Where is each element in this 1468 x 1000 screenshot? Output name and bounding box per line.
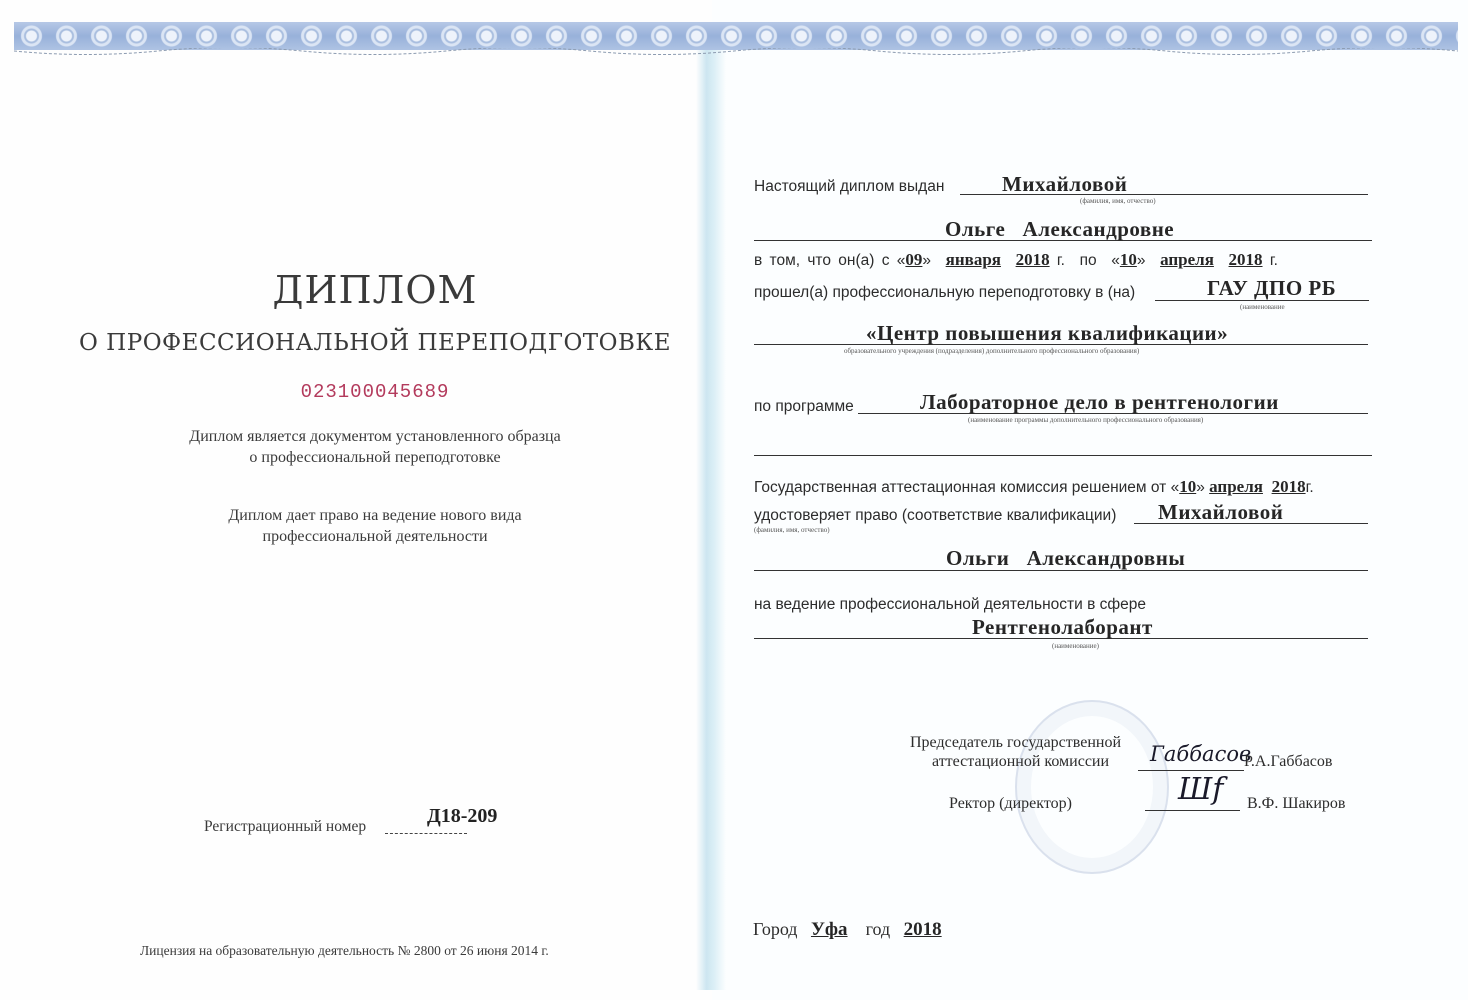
paragraph-status-line2: о профессиональной переподготовке <box>0 447 750 468</box>
registration-label: Регистрационный номер <box>204 818 366 836</box>
city-value: Уфа <box>811 919 848 940</box>
paragraph-rights-line1: Диплом дает право на ведение нового вида <box>0 505 750 526</box>
rector-label: Ректор (директор) <box>949 795 1072 813</box>
chair-label-line2: аттестационной комиссии <box>932 753 1109 771</box>
commission-line: Государственная аттестационная комиссия … <box>754 477 1314 497</box>
paragraph-rights-line2: профессиональной деятельности <box>0 526 750 547</box>
official-stamp <box>1015 700 1169 874</box>
qualification: Рентгенолаборант <box>972 615 1153 640</box>
period-from-day: 09 <box>905 250 922 269</box>
caption-fio: (фамилия, имя, отчество) <box>1080 197 1156 205</box>
commission-day: 10 <box>1179 477 1196 496</box>
caption-qualification: (наименование) <box>1052 642 1099 650</box>
rector-signature: Шf <box>1178 772 1223 807</box>
rector-signature-line <box>1145 810 1240 811</box>
period-line: в том, что он(а) с «09» января 2018 г. п… <box>754 250 1278 270</box>
decorative-border-band <box>14 22 1458 50</box>
chair-name: Р.А.Габбасов <box>1244 753 1332 771</box>
commission-month: апреля <box>1209 477 1263 496</box>
surname-dative: Михайловой <box>1002 172 1127 197</box>
passed-label: прошел(а) профессиональную переподготовк… <box>754 284 1135 302</box>
institution-full: «Центр повышения квалификации» <box>866 321 1228 346</box>
caption-fio2: (фамилия, имя, отчество) <box>754 526 830 534</box>
serial-number: 023100045689 <box>0 381 750 403</box>
period-to-g: г. <box>1270 252 1278 269</box>
chair-signature-line <box>1138 770 1244 771</box>
commission-year: 2018 <box>1272 477 1306 496</box>
name-dative: Ольге Александровне <box>945 217 1174 242</box>
city-line: Город Уфа год 2018 <box>753 919 942 941</box>
name-genitive: Ольги Александровны <box>946 546 1185 571</box>
period-to-month: апреля <box>1160 250 1214 269</box>
paragraph-status-line1: Диплом является документом установленног… <box>0 426 750 447</box>
period-prefix: в том, что он(а) с <box>754 252 889 269</box>
decorative-wave-line <box>14 48 1458 58</box>
institution-short: ГАУ ДПО РБ <box>1207 276 1336 301</box>
period-from-g: г. <box>1057 252 1065 269</box>
diploma-subtitle: О ПРОФЕССИОНАЛЬНОЙ ПЕРЕПОДГОТОВКЕ <box>0 330 750 356</box>
program-label: по программе <box>754 398 854 416</box>
registration-line <box>385 833 467 834</box>
year-label: год <box>866 919 891 939</box>
registration-number: Д18-209 <box>427 805 497 828</box>
surname-genitive: Михайловой <box>1158 500 1283 525</box>
field-label: на ведение профессиональной деятельности… <box>754 596 1146 614</box>
license-text: Лицензия на образовательную деятельность… <box>140 943 549 959</box>
chair-label-line1: Председатель государственной <box>910 734 1121 752</box>
chair-signature: Габбасов <box>1150 742 1251 766</box>
program-name: Лабораторное дело в рентгенологии <box>920 390 1279 415</box>
issued-label: Настоящий диплом выдан <box>754 178 944 196</box>
caption-name: (наименование <box>1240 303 1285 311</box>
year-value: 2018 <box>904 919 942 940</box>
caption-program: (наименование программы дополнительного … <box>968 416 1203 424</box>
period-to-day: 10 <box>1120 250 1137 269</box>
city-label: Город <box>753 919 797 939</box>
rector-name: В.Ф. Шакиров <box>1247 795 1345 813</box>
period-to-label: по <box>1080 252 1097 269</box>
period-from-month: января <box>946 250 1001 269</box>
left-page <box>0 0 712 1000</box>
period-to-year: 2018 <box>1229 250 1263 269</box>
blank-line <box>754 455 1372 456</box>
diploma-title: ДИПЛОМ <box>0 268 750 312</box>
commission-text: Государственная аттестационная комиссия … <box>754 479 1166 496</box>
commission-g: г. <box>1306 479 1314 496</box>
certifies-label: удостоверяет право (соответствие квалифи… <box>754 507 1116 525</box>
caption-institution: образовательного учреждения (подразделен… <box>844 347 1139 355</box>
period-from-year: 2018 <box>1016 250 1050 269</box>
